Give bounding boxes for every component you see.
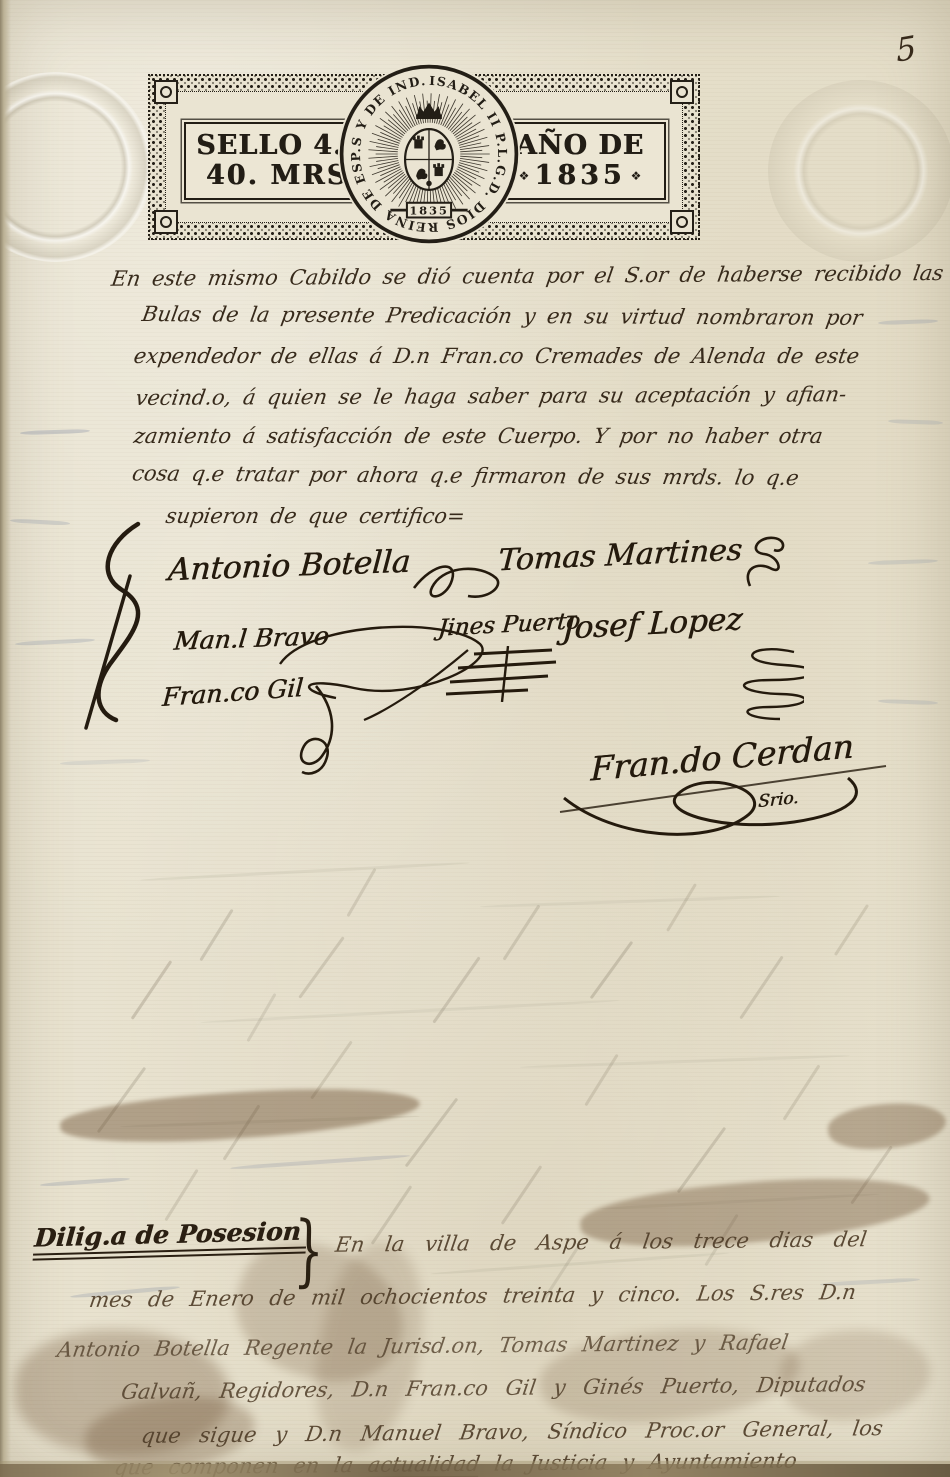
- stamp-class-line: SELLO 4.º: [196, 131, 358, 161]
- ghost-stroke: [834, 904, 869, 956]
- signature-antonio-botella: Antonio Botella: [167, 544, 412, 589]
- ghost-stroke: [590, 941, 634, 999]
- puerto-rubric: [444, 646, 584, 702]
- embossed-seal-right: [768, 80, 950, 262]
- stamp-corner-ornament: [670, 210, 694, 234]
- ink-bleed-smudge: [826, 1098, 948, 1154]
- signature-josef-lopez: Josef Lopez: [561, 601, 743, 647]
- signature-tomas-martines: Tomas Martines: [497, 533, 743, 579]
- manuscript-line: zamiento á satisfacción de este Cuerpo. …: [101, 416, 927, 456]
- stamp-value-line: 40. MRS: [206, 160, 348, 191]
- diligencia-brace: }: [293, 1205, 325, 1297]
- ghost-ink-offset: [60, 758, 150, 765]
- ghost-ink-offset: [15, 638, 95, 646]
- lopez-rubric: [714, 644, 804, 722]
- ghost-text-line: [520, 1054, 850, 1069]
- coat-of-arms-icon: [405, 129, 453, 190]
- revenue-stamp: SELLO 4.º 40. MRS AÑO DE ❖ 1835 ❖ ISABEL…: [148, 74, 700, 240]
- ghost-stroke: [501, 1165, 543, 1225]
- stamp-corner-ornament: [154, 210, 178, 234]
- diligencia-heading: Dilig.a de Posesion: [33, 1216, 308, 1260]
- martines-rubric: [740, 528, 792, 590]
- ghost-stroke: [164, 1169, 198, 1221]
- ghost-stroke: [677, 1127, 726, 1193]
- diamond-ornament-icon: ❖: [631, 170, 642, 182]
- stamp-corner-ornament: [670, 80, 694, 104]
- notary-paraph-flourish: [70, 516, 172, 734]
- diligencia-line: mes de Enero de mil ochocientos treinta …: [88, 1280, 858, 1312]
- ghost-stroke: [298, 936, 345, 998]
- signature-manuel-bravo: Man.l Bravo: [173, 621, 331, 656]
- isabel-ii-royal-seal: ISABEL II P.L.G.D. DIOS REINA DE ESP.S Y…: [337, 62, 521, 246]
- diligencia-line: En la villa de Aspe á los trece dias del: [334, 1227, 869, 1257]
- cabildo-minute: En este mismo Cabildo se dió cuenta por …: [104, 256, 924, 536]
- stamp-year-value: 1835: [534, 160, 625, 191]
- seal-year-text: 1835: [409, 204, 448, 218]
- manuscript-line: vecind.o, á quien se le haga saber para …: [101, 374, 928, 418]
- botella-rubric: [408, 556, 508, 606]
- manuscript-line: En este mismo Cabildo se dió cuenta por …: [101, 253, 928, 299]
- embossed-seal-left: [0, 72, 153, 262]
- ghost-stroke: [199, 909, 233, 961]
- folio-number: 5: [895, 28, 918, 70]
- ghost-stroke: [503, 904, 541, 960]
- ghost-ink-offset: [10, 518, 70, 525]
- ghost-ink-offset: [868, 559, 938, 565]
- ghost-stroke: [432, 956, 480, 1023]
- signature-jines-puerto: Jines Puerto: [437, 608, 581, 642]
- ghost-text-line: [480, 895, 780, 908]
- ghost-stroke: [346, 868, 376, 917]
- signature-cerdan-title: Srio.: [758, 788, 799, 812]
- stamp-corner-ornament: [154, 80, 178, 104]
- page-bottom-edge: [0, 1464, 950, 1477]
- manuscript-folio: 5 SELLO 4.º 40. MRS AÑO DE ❖ 1835 ❖ ISAB…: [0, 0, 950, 1477]
- ghost-text-line: [140, 861, 470, 881]
- ghost-ink-offset: [20, 429, 90, 435]
- ghost-stroke: [739, 956, 783, 1020]
- page-left-edge: [0, 0, 11, 1477]
- stamp-year-label: AÑO DE: [516, 131, 645, 161]
- ink-bleed-smudge: [59, 1079, 421, 1150]
- signature-francisco-gil: Fran.co Gil: [161, 673, 304, 712]
- manuscript-line: supieron de que certifico=: [101, 496, 927, 536]
- manuscript-line: expendedor de ellas á D.n Fran.co Cremad…: [101, 336, 927, 376]
- manuscript-line: cosa q.e tratar por ahora q.e firmaron d…: [101, 453, 927, 499]
- ghost-stroke: [131, 960, 173, 1020]
- ghost-ink-offset: [40, 1177, 130, 1187]
- ghost-stroke: [666, 883, 697, 932]
- manuscript-line: Bulas de la presente Predicación y en su…: [101, 294, 927, 338]
- ghost-stroke: [783, 1064, 821, 1120]
- signature-cerdan: Fran.do Cerdan: [590, 726, 854, 788]
- ghost-ink-offset: [878, 699, 938, 705]
- ghost-ink-offset: [230, 1154, 410, 1171]
